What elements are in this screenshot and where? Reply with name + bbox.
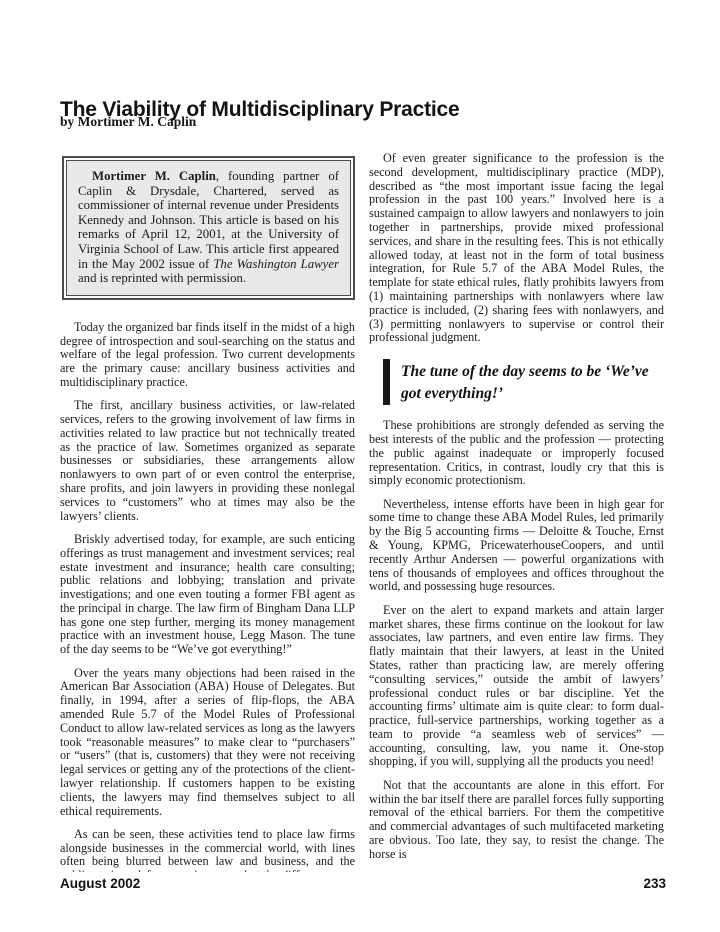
footer-issue-date: August 2002 [60,876,140,891]
byline: by Mortimer M. Caplin [60,114,196,130]
paragraph: These prohibitions are strongly defended… [369,419,664,488]
paragraph: Briskly advertised today, for example, a… [60,533,355,657]
author-bio: , founding partner of Caplin & Drysdale,… [78,169,339,271]
paragraph: Today the organized bar finds itself in … [60,321,355,390]
author-bio-paragraph: Mortimer M. Caplin, founding partner of … [78,169,339,286]
left-column-text: Today the organized bar finds itself in … [60,321,355,872]
publication-name: The Washington Lawyer [213,257,339,271]
pull-quote: The tune of the day seems to be ‘We’ve g… [383,359,664,405]
paragraph: Nevertheless, intense efforts have been … [369,498,664,595]
pull-quote-bar [383,359,390,405]
author-info-box: Mortimer M. Caplin, founding partner of … [62,156,355,300]
left-column: Mortimer M. Caplin, founding partner of … [60,148,355,872]
footer-page-number: 233 [643,876,666,891]
article-page: The Viability of Multidisciplinary Pract… [0,0,720,932]
right-column-text-top: Of even greater significance to the prof… [369,152,664,345]
right-column-text-bottom: These prohibitions are strongly defended… [369,419,664,861]
paragraph: Not that the accountants are alone in th… [369,779,664,862]
author-bio-end: and is reprinted with permission. [78,271,246,285]
page-footer: August 2002 233 [60,876,666,891]
right-column: Of even greater significance to the prof… [369,148,664,872]
pull-quote-text: The tune of the day seems to be ‘We’ve g… [401,359,664,405]
paragraph: Ever on the alert to expand markets and … [369,604,664,770]
paragraph: Of even greater significance to the prof… [369,152,664,345]
paragraph: As can be seen, these activities tend to… [60,828,355,872]
author-name: Mortimer M. Caplin [92,169,216,183]
paragraph: The first, ancillary business activities… [60,399,355,523]
paragraph: Over the years many objections had been … [60,667,355,819]
two-column-layout: Mortimer M. Caplin, founding partner of … [60,148,664,872]
author-info-box-inner: Mortimer M. Caplin, founding partner of … [66,160,351,296]
